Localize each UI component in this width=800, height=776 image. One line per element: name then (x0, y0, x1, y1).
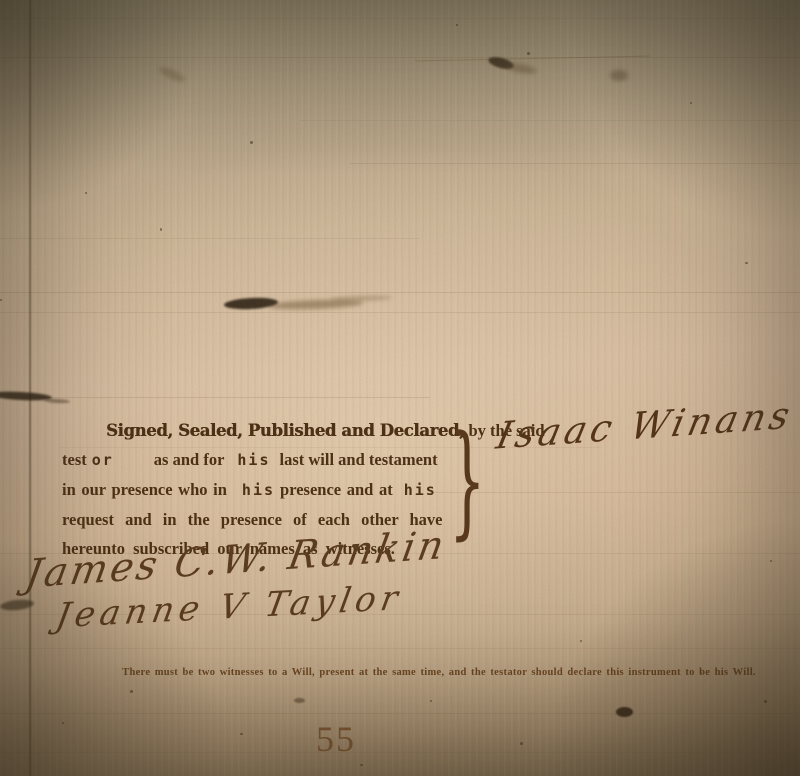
ink-smear (44, 398, 70, 403)
will-document-photo: Signed, Sealed, Published and Declared, … (0, 0, 800, 776)
ink-smear (268, 298, 363, 310)
speck (520, 742, 523, 745)
speck (764, 700, 767, 703)
curly-brace: } (449, 412, 486, 549)
ink-smudge (294, 698, 305, 703)
speck (580, 640, 582, 642)
ruled-line (0, 713, 800, 714)
speck (745, 262, 748, 264)
speck (85, 192, 87, 194)
speck (360, 764, 363, 766)
ruled-line (0, 648, 800, 649)
ruled-line (0, 238, 420, 239)
attestation-line-4: request and in the presence of each othe… (62, 505, 464, 534)
typed-insert: his (242, 481, 275, 499)
speck (0, 299, 2, 301)
ruled-line (0, 18, 800, 19)
speck (160, 228, 162, 231)
speck (240, 733, 243, 735)
attestation-line-2: testoras and forhislast will and testame… (62, 445, 464, 475)
speck (250, 141, 253, 144)
attestation-text: as and for (154, 450, 225, 469)
attestation-line-1: Signed, Sealed, Published and Declared, … (62, 416, 464, 445)
ink-smudge (487, 55, 515, 71)
attestation-text: test (62, 450, 87, 469)
attestation-text: in our presence who in (62, 480, 227, 499)
ruled-line (0, 614, 800, 615)
ink-smudge (610, 70, 628, 81)
paper-striations (0, 0, 800, 776)
ink-smear (0, 390, 52, 401)
ruled-line (0, 57, 800, 58)
ink-smudge (616, 707, 633, 717)
ruled-line (300, 120, 800, 121)
speck (527, 52, 530, 55)
ruled-line (0, 292, 800, 293)
attestation-line-3: in our presence who inhispresence and at… (62, 475, 464, 505)
speck (690, 102, 692, 104)
attestation-text: presence and at (280, 480, 393, 499)
attestation-clause: Signed, Sealed, Published and Declared, … (62, 416, 464, 563)
ruled-line (0, 397, 430, 398)
attestation-line-5: hereunto subscribed our names as witness… (62, 534, 464, 563)
ruled-line (0, 752, 800, 753)
ink-smudge (504, 61, 537, 75)
ink-smudge (157, 65, 186, 85)
typed-insert: his (404, 481, 437, 499)
speck (130, 690, 133, 693)
page-number: 55 (316, 718, 356, 760)
attestation-text: last will and testament (279, 450, 437, 469)
ruled-line (350, 163, 800, 164)
witness-requirement-footnote: There must be two witnesses to a Will, p… (95, 667, 783, 678)
speck (62, 722, 64, 724)
paper-tone-overlay (0, 0, 800, 776)
margin-fold-line (29, 0, 31, 776)
speck (456, 24, 458, 26)
ink-smear (330, 295, 392, 302)
film-grain-overlay (0, 0, 800, 776)
witness-signature-2: Jeanne V Taylor (53, 578, 406, 637)
typed-insert: his (237, 451, 270, 469)
speck (430, 700, 432, 702)
speck (770, 560, 772, 562)
typed-insert: or (92, 451, 114, 469)
blackletter-heading: Signed, Sealed, Published and Declared, (106, 421, 464, 440)
ruled-line (0, 312, 800, 313)
scratch-line (415, 56, 650, 62)
vignette-overlay (0, 0, 800, 776)
ink-smear (224, 297, 279, 311)
